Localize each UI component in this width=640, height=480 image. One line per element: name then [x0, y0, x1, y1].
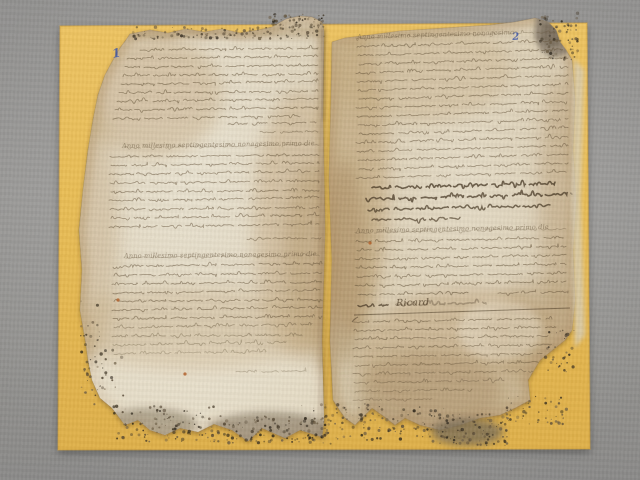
manuscript-scan: 1 2 Anno millesimo septingentesimo nonag…: [0, 0, 640, 480]
heading-ricard: Ricard: [396, 297, 429, 309]
scan-artwork: [0, 0, 640, 480]
